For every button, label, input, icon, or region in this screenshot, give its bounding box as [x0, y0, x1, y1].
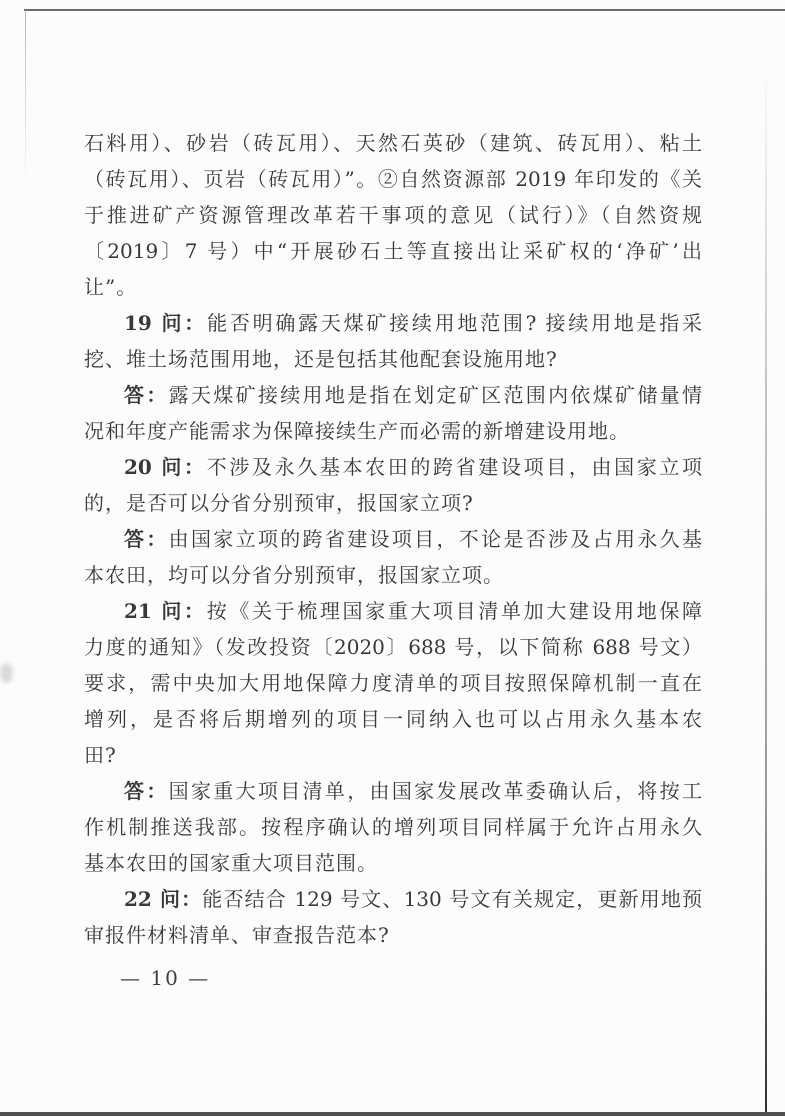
qa-label: 答：	[124, 779, 169, 803]
line-text: （砖瓦用）、页岩（砖瓦用）”。②自然资源部 2019 年印发的《关	[84, 167, 702, 191]
line-text: 审报件材料清单、审查报告范本?	[84, 923, 390, 947]
line-text: 〔2019〕7 号）中“开展砂石土等直接出让采矿权的‘净矿’出	[84, 239, 702, 263]
page-edge-right	[765, 60, 767, 1113]
line-text: 于推进矿产资源管理改革若干事项的意见（试行）》（自然资规	[84, 203, 702, 227]
text-line: （砖瓦用）、页岩（砖瓦用）”。②自然资源部 2019 年印发的《关	[84, 161, 702, 197]
page-edge-left	[25, 10, 26, 190]
line-text: 能否结合 129 号文、130 号文有关规定，更新用地预	[202, 887, 702, 911]
line-text: 基本农田的国家重大项目范围。	[84, 851, 378, 875]
line-text: 按《关于梳理国家重大项目清单加大建设用地保障	[207, 599, 702, 623]
text-line: 基本农田的国家重大项目范围。	[84, 845, 702, 881]
text-line-question-19: 19 问：能否明确露天煤矿接续用地范围? 接续用地是指采	[84, 305, 702, 341]
text-line-question-20: 20 问：不涉及永久基本农田的跨省建设项目，由国家立项	[84, 449, 702, 485]
text-line-answer-20: 答：由国家立项的跨省建设项目，不论是否涉及占用永久基	[84, 521, 702, 557]
text-line: 本农田，均可以分省分别预审，报国家立项。	[84, 557, 702, 593]
text-line: 〔2019〕7 号）中“开展砂石土等直接出让采矿权的‘净矿’出	[84, 233, 702, 269]
text-line-answer-19: 答：露天煤矿接续用地是指在划定矿区范围内依煤矿储量情	[84, 377, 702, 413]
line-text: 不涉及永久基本农田的跨省建设项目，由国家立项	[207, 455, 702, 479]
line-text: 作机制推送我部。按程序确认的增列项目同样属于允许占用永久	[84, 815, 702, 839]
line-text: 本农田，均可以分省分别预审，报国家立项。	[84, 563, 504, 587]
qa-label: 20 问：	[124, 455, 207, 479]
line-text: 石料用）、砂岩（砖瓦用）、天然石英砂（建筑、砖瓦用）、粘土	[84, 131, 702, 155]
line-text: 田?	[84, 743, 117, 767]
text-line: 于推进矿产资源管理改革若干事项的意见（试行）》（自然资规	[84, 197, 702, 233]
text-line: 况和年度产能需求为保障接续生产而必需的新增建设用地。	[84, 413, 702, 449]
text-line: 要求，需中央加大用地保障力度清单的项目按照保障机制一直在	[84, 665, 702, 701]
text-line-question-21: 21 问：按《关于梳理国家重大项目清单加大建设用地保障	[84, 593, 702, 629]
text-line: 增列，是否将后期增列的项目一同纳入也可以占用永久基本农	[84, 701, 702, 737]
qa-label: 答：	[124, 383, 169, 407]
text-line-answer-21: 答：国家重大项目清单，由国家发展改革委确认后，将按工	[84, 773, 702, 809]
page-number: — 10 —	[84, 962, 738, 994]
page-edge-top	[24, 9, 785, 11]
line-text: 由国家立项的跨省建设项目，不论是否涉及占用永久基	[169, 527, 702, 551]
line-text: 增列，是否将后期增列的项目一同纳入也可以占用永久基本农	[84, 707, 702, 731]
text-line: 作机制推送我部。按程序确认的增列项目同样属于允许占用永久	[84, 809, 702, 845]
text-line: 田?	[84, 737, 702, 773]
qa-label: 19 问：	[124, 311, 207, 335]
line-text: 露天煤矿接续用地是指在划定矿区范围内依煤矿储量情	[169, 383, 702, 407]
scan-smudge	[0, 663, 13, 683]
line-text: 国家重大项目清单，由国家发展改革委确认后，将按工	[169, 779, 702, 803]
line-text: 让”。	[84, 275, 137, 299]
line-text: 能否明确露天煤矿接续用地范围? 接续用地是指采	[207, 311, 702, 335]
line-text: 要求，需中央加大用地保障力度清单的项目按照保障机制一直在	[84, 671, 702, 695]
text-line: 让”。	[84, 269, 702, 305]
text-line: 审报件材料清单、审查报告范本?	[84, 917, 702, 953]
line-text: 况和年度产能需求为保障接续生产而必需的新增建设用地。	[84, 419, 630, 443]
qa-label: 答：	[124, 527, 169, 551]
text-line: 的，是否可以分省分别预审，报国家立项?	[84, 485, 702, 521]
document-text-block: 石料用）、砂岩（砖瓦用）、天然石英砂（建筑、砖瓦用）、粘土 （砖瓦用）、页岩（砖…	[84, 125, 702, 953]
line-text: 力度的通知》（发改投资〔2020〕688 号，以下简称 688 号文）	[84, 635, 702, 659]
text-line: 挖、堆土场范围用地，还是包括其他配套设施用地?	[84, 341, 702, 377]
text-line: 力度的通知》（发改投资〔2020〕688 号，以下简称 688 号文）	[84, 629, 702, 665]
scanned-document-page: 石料用）、砂岩（砖瓦用）、天然石英砂（建筑、砖瓦用）、粘土 （砖瓦用）、页岩（砖…	[0, 0, 785, 1117]
qa-label: 21 问：	[124, 599, 207, 623]
page-edge-bottom	[0, 1112, 785, 1116]
text-line-question-22: 22 问：能否结合 129 号文、130 号文有关规定，更新用地预	[84, 881, 702, 917]
line-text: 的，是否可以分省分别预审，报国家立项?	[84, 491, 474, 515]
line-text: 挖、堆土场范围用地，还是包括其他配套设施用地?	[84, 347, 558, 371]
qa-label: 22 问：	[124, 887, 202, 911]
text-line: 石料用）、砂岩（砖瓦用）、天然石英砂（建筑、砖瓦用）、粘土	[84, 125, 702, 161]
